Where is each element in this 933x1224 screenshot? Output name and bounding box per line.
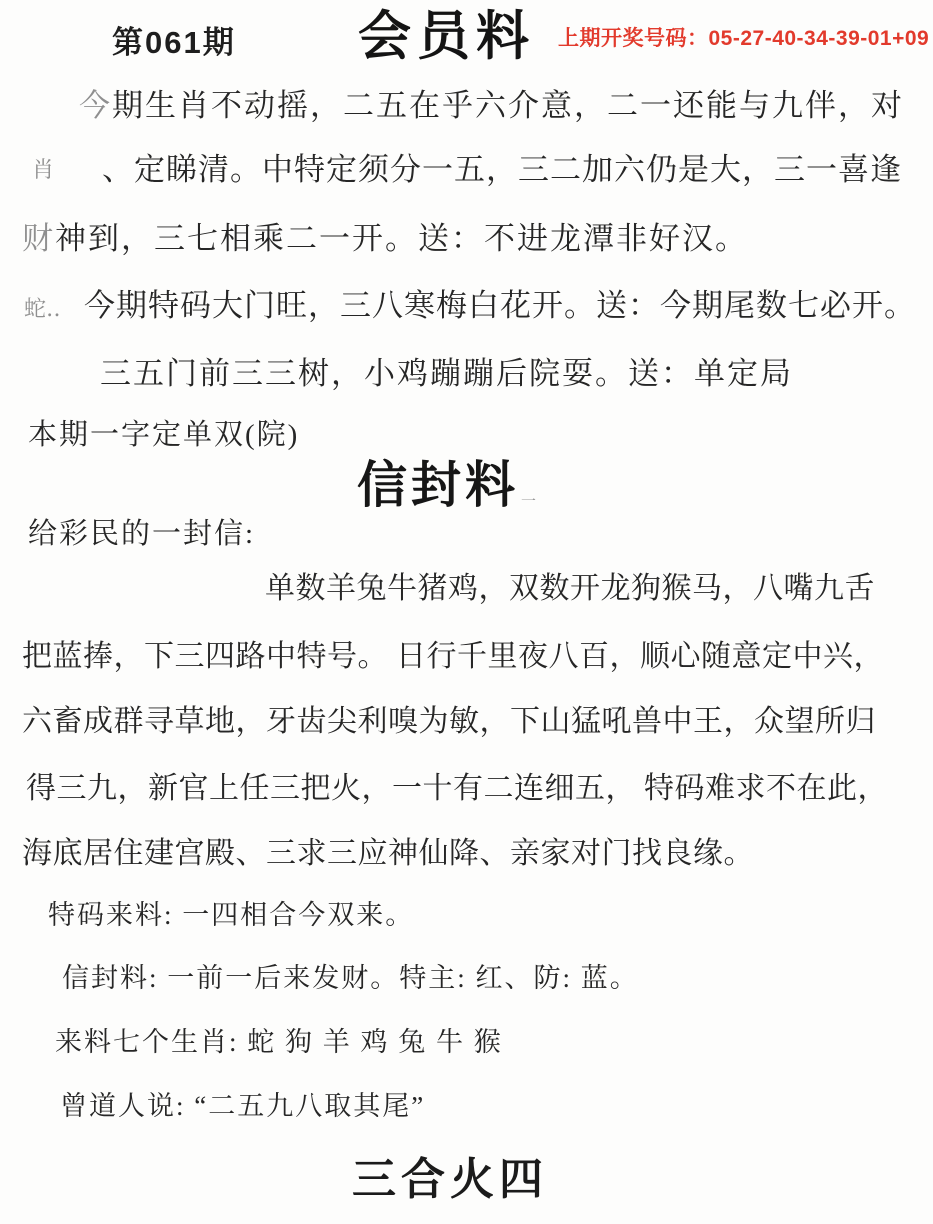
- issue-number: 第061期: [112, 26, 236, 60]
- envelope-paragraph-line-2: 把蓝捧，下三四路中特号。 日行千里夜八百，顺心随意定中兴，: [22, 640, 884, 673]
- member-verse-line-2: 、定睇清。中特定须分一五，三二加六仍是大，三一喜逢: [102, 153, 902, 187]
- member-verse-line-1: 今期生肖不动摇，二五在乎六介意，二一还能与九伴，对: [79, 89, 904, 123]
- verse-text: 神到，三七相乘二一开。送：不进龙潭非好汉。: [55, 221, 748, 256]
- envelope-intro-line: 给彩民的一封信:: [28, 519, 255, 551]
- section-title-envelope: 信封料: [357, 458, 519, 513]
- envelope-paragraph-line-5: 海底居住建宫殿、三求三应神仙降、亲家对门找良缘。: [22, 837, 754, 870]
- member-oddeven-line: 本期一字定单双(院): [28, 420, 299, 452]
- last-draw-numbers: 上期开奖号码：05-27-40-34-39-01+09: [558, 27, 929, 50]
- member-verse-line-3: 财神到，三七相乘二一开。送：不进龙潭非好汉。: [22, 222, 748, 256]
- envelope-paragraph-line-4: 得三九，新官上任三把火，一十有二连细五， 特码难求不在此，: [26, 772, 888, 805]
- faded-lead-char: 财: [22, 221, 55, 256]
- faded-lead-char: 今: [79, 88, 112, 123]
- scanned-lottery-sheet: 第061期 会员料 上期开奖号码：05-27-40-34-39-01+09 今期…: [0, 0, 933, 1224]
- verse-text: 期生肖不动摇，二五在乎六介意，二一还能与九伴，对: [112, 88, 904, 123]
- quote-tip-line: 曾道人说: “二五九八取其尾”: [60, 1092, 425, 1122]
- member-verse-line-5: 三五门前三三树，小鸡蹦蹦后院耍。送：单定局: [100, 357, 793, 391]
- envelope-paragraph-line-3: 六畜成群寻草地，牙齿尖利嗅为敏，下山猛吼兽中王，众望所归: [22, 705, 876, 738]
- envelope-paragraph-line-1: 单数羊兔牛猪鸡，双数开龙狗猴马，八嘴九舌: [265, 572, 875, 605]
- faded-lead-char: 肖: [32, 158, 54, 182]
- footer-phrase: 三合火四: [352, 1156, 548, 1204]
- special-code-tip-line: 特码来料: 一四相合今双来。: [48, 901, 414, 931]
- page-title: 会员料: [358, 8, 535, 66]
- member-verse-line-4: 今期特码大门旺，三八寒梅白花开。送：今期尾数七必开。: [84, 289, 916, 323]
- faded-lead-char: 蛇‥: [24, 297, 61, 321]
- title-smudge-mark: 一: [521, 494, 536, 511]
- zodiac-tip-line: 来料七个生肖: 蛇 狗 羊 鸡 兔 牛 猴: [55, 1028, 503, 1058]
- envelope-tip-line: 信封料: 一前一后来发财。特主: 红、防: 蓝。: [62, 964, 639, 994]
